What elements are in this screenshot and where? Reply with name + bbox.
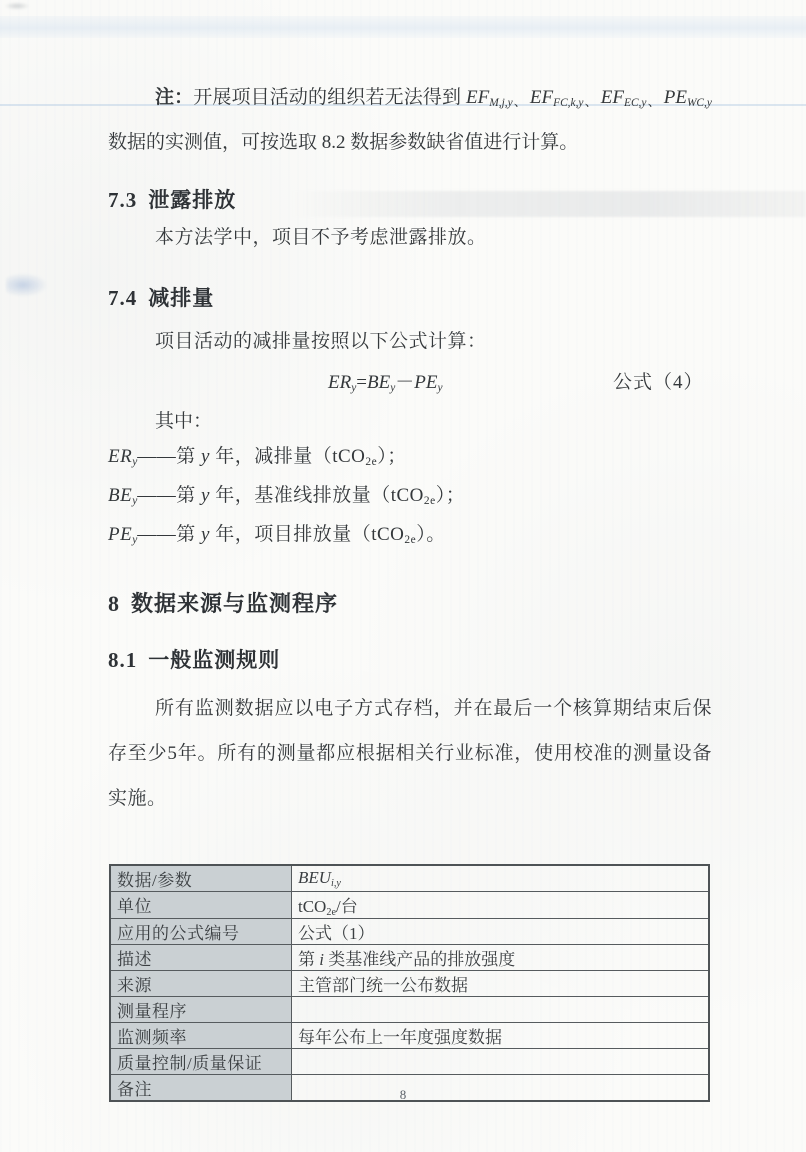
table-row: 测量程序 <box>110 996 709 1022</box>
note-paragraph: 注：开展项目活动的组织若无法得到 EFM,j,y、EFFC,k,y、EFEC,y… <box>108 78 712 163</box>
row-value <box>292 1048 710 1074</box>
definition-pe: PEy——第 y 年，项目排放量（tCO2e）。 <box>108 519 446 546</box>
section-heading-8-1: 8.1一般监测规则 <box>108 644 280 674</box>
scan-artifact-band <box>0 16 806 38</box>
table-row: 监测频率 每年公布上一年度强度数据 <box>110 1022 709 1048</box>
row-label: 质量控制/质量保证 <box>110 1048 292 1074</box>
variable-ef-ecy: EFEC,y <box>601 87 647 108</box>
enumeration-comma: 、 <box>647 94 660 109</box>
where-label: 其中： <box>155 406 212 433</box>
row-label: 来源 <box>110 970 292 996</box>
formula-number-label: 公式（4） <box>613 367 704 394</box>
section-number: 8.1 <box>108 648 137 672</box>
row-label: 描述 <box>110 944 292 970</box>
enumeration-comma: 、 <box>585 94 598 109</box>
section-7-4-paragraph: 项目活动的减排量按照以下公式计算： <box>155 326 487 353</box>
parameter-table: 数据/参数 BEUi,y 单位 tCO2e/台 应用的公式编号 公式（1） 描述… <box>109 864 710 1102</box>
enumeration-comma: 、 <box>514 94 527 109</box>
row-label: 单位 <box>110 892 292 919</box>
row-label: 应用的公式编号 <box>110 918 292 944</box>
row-value: tCO2e/台 <box>292 892 710 919</box>
scan-artifact-corner <box>4 2 30 10</box>
table-row: 数据/参数 BEUi,y <box>110 865 709 892</box>
section-7-3-paragraph: 本方法学中，项目不予考虑泄露排放。 <box>155 222 487 249</box>
section-number: 7.4 <box>108 286 137 310</box>
table-row: 单位 tCO2e/台 <box>110 892 709 919</box>
variable-pe-wcy: PEWC,y <box>664 87 712 108</box>
row-value: 每年公布上一年度强度数据 <box>292 1022 710 1048</box>
row-label: 测量程序 <box>110 996 292 1022</box>
row-value: 第 i 类基准线产品的排放强度 <box>292 944 710 970</box>
section-number: 7.3 <box>108 188 137 212</box>
row-label: 监测频率 <box>110 1022 292 1048</box>
row-label: 数据/参数 <box>110 865 292 892</box>
table-row: 来源 主管部门统一公布数据 <box>110 970 709 996</box>
section-title: 减排量 <box>148 286 214 310</box>
section-heading-8: 8数据来源与监测程序 <box>108 587 338 618</box>
row-value: 主管部门统一公布数据 <box>292 970 710 996</box>
section-title: 泄露排放 <box>148 188 236 212</box>
section-title: 一般监测规则 <box>148 648 280 672</box>
document-page: 注：开展项目活动的组织若无法得到 EFM,j,y、EFFC,k,y、EFEC,y… <box>0 0 806 1152</box>
definition-be: BEy——第 y 年，基准线排放量（tCO2e）； <box>108 480 465 507</box>
row-value: 公式（1） <box>292 918 710 944</box>
section-8-1-paragraph: 所有监测数据应以电子方式存档，并在最后一个核算期结束后保存至少5年。所有的测量都… <box>108 686 712 821</box>
formula-row: ERy=BEy－PEy 公式（4） <box>0 367 806 393</box>
note-label: 注： <box>155 87 193 108</box>
section-heading-7-4: 7.4减排量 <box>108 282 214 312</box>
row-value <box>292 996 710 1022</box>
scan-artifact-scribble <box>6 273 48 297</box>
row-value: BEUi,y <box>292 865 710 892</box>
table-row: 质量控制/质量保证 <box>110 1048 709 1074</box>
scan-artifact-smudge <box>290 191 806 217</box>
section-heading-7-3: 7.3泄露排放 <box>108 184 236 214</box>
section-number: 8 <box>108 591 120 616</box>
variable-ef-mjy: EFM,j,y <box>466 87 513 108</box>
definition-er: ERy——第 y 年，减排量（tCO2e）； <box>108 441 407 468</box>
table-row: 应用的公式编号 公式（1） <box>110 918 709 944</box>
page-number: 8 <box>0 1087 806 1103</box>
section-title: 数据来源与监测程序 <box>131 591 338 616</box>
table-row: 描述 第 i 类基准线产品的排放强度 <box>110 944 709 970</box>
formula-4: ERy=BEy－PEy <box>328 367 443 394</box>
variable-ef-fcky: EFFC,k,y <box>530 87 584 108</box>
